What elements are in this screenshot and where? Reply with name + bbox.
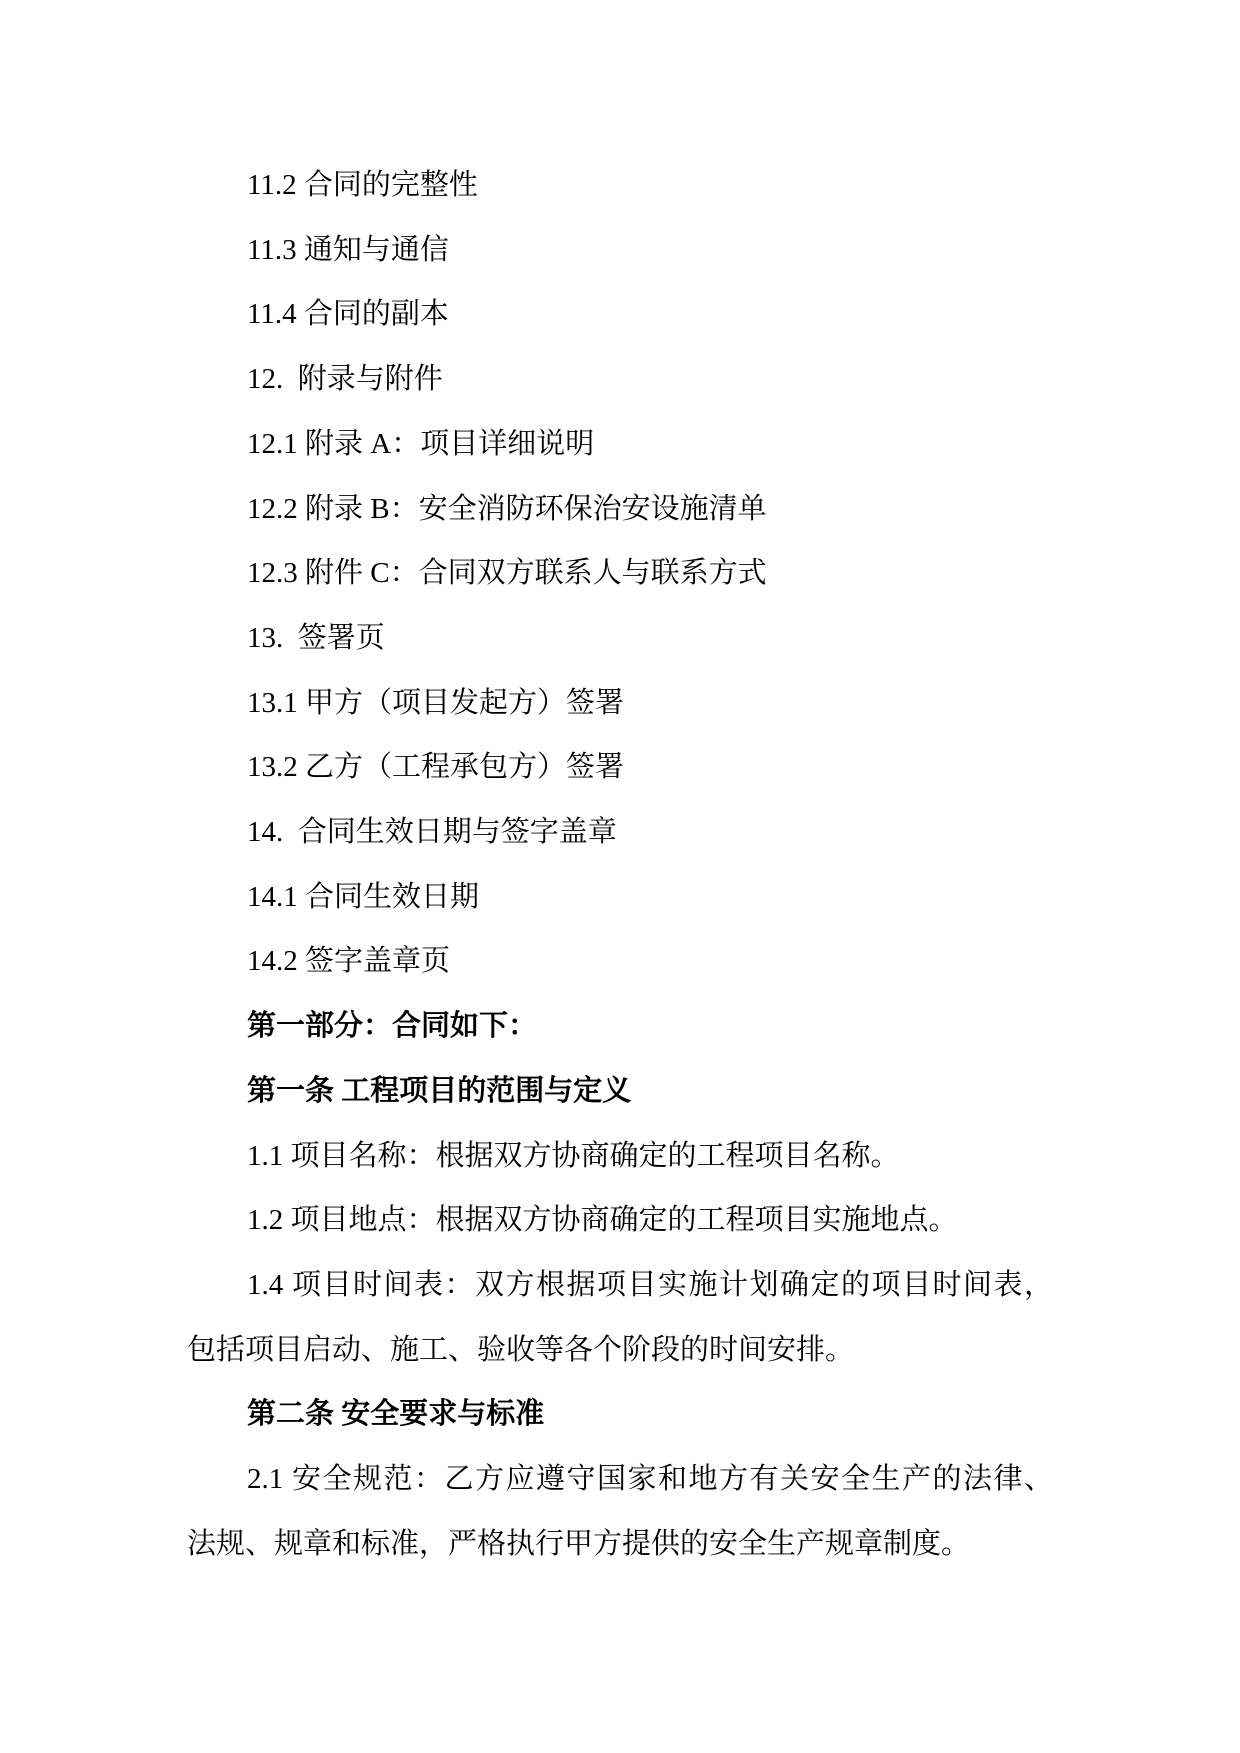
toc-item: 13.2 乙方（工程承包方）签署 (187, 735, 1053, 800)
section-heading: 第一部分：合同如下： (187, 994, 1053, 1059)
toc-item: 12.3 附件 C：合同双方联系人与联系方式 (187, 541, 1053, 606)
toc-item: 13.1 甲方（项目发起方）签署 (187, 671, 1053, 736)
paragraph-continuation-line: 法规、规章和标准，严格执行甲方提供的安全生产规章制度。 (187, 1512, 1053, 1577)
toc-item: 13. 签署页 (187, 606, 1053, 671)
paragraph-continuation-line: 包括项目启动、施工、验收等各个阶段的时间安排。 (187, 1318, 1053, 1383)
toc-item: 14.2 签字盖章页 (187, 929, 1053, 994)
paragraph-line: 1.1 项目名称：根据双方协商确定的工程项目名称。 (187, 1124, 1053, 1189)
toc-item: 11.3 通知与通信 (187, 218, 1053, 283)
section-heading: 第二条 安全要求与标准 (187, 1382, 1053, 1447)
document-body: 11.2 合同的完整性11.3 通知与通信11.4 合同的副本12. 附录与附件… (187, 153, 1053, 1576)
toc-item: 11.4 合同的副本 (187, 282, 1053, 347)
paragraph-line: 1.4 项目时间表：双方根据项目实施计划确定的项目时间表， (187, 1253, 1053, 1318)
paragraph-line: 2.1 安全规范：乙方应遵守国家和地方有关安全生产的法律、 (187, 1447, 1053, 1512)
section-heading: 第一条 工程项目的范围与定义 (187, 1059, 1053, 1124)
paragraph-line: 1.2 项目地点：根据双方协商确定的工程项目实施地点。 (187, 1188, 1053, 1253)
toc-item: 11.2 合同的完整性 (187, 153, 1053, 218)
toc-item: 12.2 附录 B：安全消防环保治安设施清单 (187, 477, 1053, 542)
toc-item: 12.1 附录 A：项目详细说明 (187, 412, 1053, 477)
toc-item: 12. 附录与附件 (187, 347, 1053, 412)
document-page: 11.2 合同的完整性11.3 通知与通信11.4 合同的副本12. 附录与附件… (0, 0, 1240, 1753)
toc-item: 14. 合同生效日期与签字盖章 (187, 800, 1053, 865)
toc-item: 14.1 合同生效日期 (187, 865, 1053, 930)
